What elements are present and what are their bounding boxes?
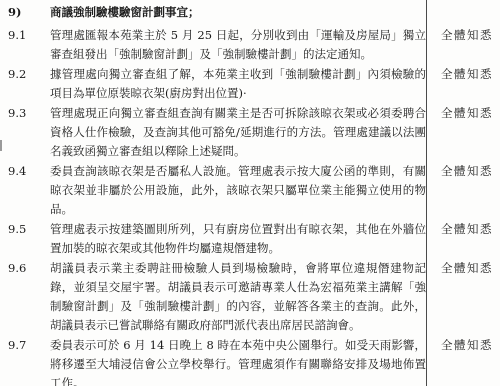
minute-items-list: 9.1 管理處匯報本苑業主於 5 月 25 日起，分別收到由「運輸及房屋局」獨立… bbox=[0, 26, 500, 386]
item-number: 9.2 bbox=[8, 65, 50, 103]
item-text: 管理處匯報本苑業主於 5 月 25 日起，分別收到由「運輸及房屋局」獨立審查組發… bbox=[50, 26, 426, 64]
status-label: 全體知悉 bbox=[426, 162, 500, 219]
item-text: 胡議員表示業主委聘註冊檢驗人員到場檢驗時，會將單位違規僭建物記錄，並須呈交屋宇署… bbox=[50, 259, 426, 335]
status-label: 全體知悉 bbox=[426, 104, 500, 161]
item-number: 9.3 bbox=[8, 104, 50, 161]
minute-item-row: 9.3 管理處現正向獨立審查組查詢有關業主是否可拆除該晾衣架或必須委聘合資格人仕… bbox=[0, 104, 500, 161]
item-number: 9.5 bbox=[8, 220, 50, 258]
document-page: 9) 商議強制驗樓驗窗計劃事宜； 9.1 管理處匯報本苑業主於 5 月 25 日… bbox=[0, 0, 500, 386]
item-number: 9.6 bbox=[8, 259, 50, 335]
status-label: 全體知悉 bbox=[426, 26, 500, 64]
status-label: 全體知悉 bbox=[426, 336, 500, 386]
column-divider-line bbox=[426, 0, 427, 386]
minute-item-row: 9.4 委員查詢該晾衣架是否屬私人設施。管理處表示按大廈公函的準則，有關晾衣架並… bbox=[0, 162, 500, 219]
minute-item-row: 9.5 管理處表示按建築圖則所列，只有廚房位置對出有晾衣架，其他在外牆位置加裝的… bbox=[0, 220, 500, 258]
section-status-placeholder bbox=[426, 3, 500, 22]
status-label: 全體知悉 bbox=[426, 65, 500, 103]
item-number: 9.4 bbox=[8, 162, 50, 219]
item-text: 據管理處向獨立審查組了解，本苑業主收到「強制驗樓計劃」內須檢驗的項目為單位原裝晾… bbox=[50, 65, 426, 103]
status-label: 全體知悉 bbox=[426, 259, 500, 335]
item-text: 委員表示可於 6 月 14 日晚上 8 時在本苑中央公園舉行。如受天雨影響，將移… bbox=[50, 336, 426, 386]
section-number: 9) bbox=[8, 3, 50, 22]
minute-item-row: 9.1 管理處匯報本苑業主於 5 月 25 日起，分別收到由「運輸及房屋局」獨立… bbox=[0, 26, 500, 64]
item-number: 9.1 bbox=[8, 26, 50, 64]
minute-item-row: 9.7 委員表示可於 6 月 14 日晚上 8 時在本苑中央公園舉行。如受天雨影… bbox=[0, 336, 500, 386]
scan-artifact-mark bbox=[0, 140, 2, 151]
minute-item-row: 9.6 胡議員表示業主委聘註冊檢驗人員到場檢驗時，會將單位違規僭建物記錄，並須呈… bbox=[0, 259, 500, 335]
minute-item-row: 9.2 據管理處向獨立審查組了解，本苑業主收到「強制驗樓計劃」內須檢驗的項目為單… bbox=[0, 65, 500, 103]
item-text: 管理處表示按建築圖則所列，只有廚房位置對出有晾衣架，其他在外牆位置加裝的晾衣架或… bbox=[50, 220, 426, 258]
section-header: 9) 商議強制驗樓驗窗計劃事宜； bbox=[0, 3, 500, 22]
item-text: 委員查詢該晾衣架是否屬私人設施。管理處表示按大廈公函的準則，有關晾衣架並非屬於公… bbox=[50, 162, 426, 219]
section-title: 商議強制驗樓驗窗計劃事宜； bbox=[50, 3, 426, 22]
item-text: 管理處現正向獨立審查組查詢有關業主是否可拆除該晾衣架或必須委聘合資格人仕作檢驗，… bbox=[50, 104, 426, 161]
item-number: 9.7 bbox=[8, 336, 50, 386]
status-label: 全體知悉 bbox=[426, 220, 500, 258]
